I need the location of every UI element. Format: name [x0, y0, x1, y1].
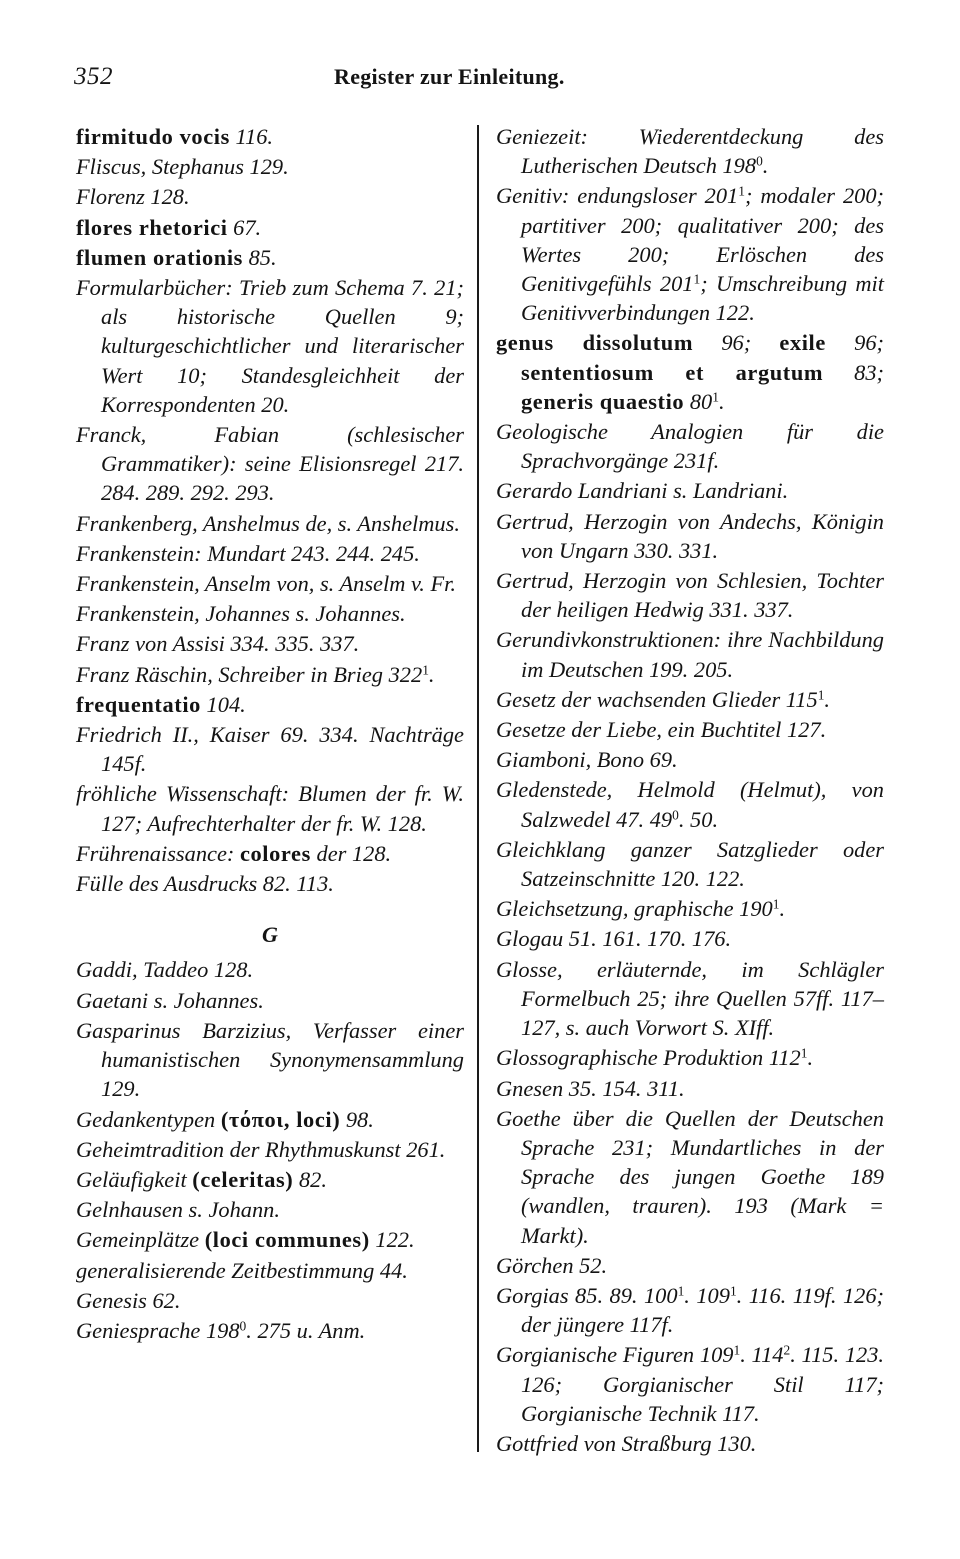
index-entry: Gasparinus Barzizius, Verfasser einer hu… — [76, 1016, 464, 1104]
entry-text: . 50. — [679, 807, 718, 832]
index-entry: Frührenaissance: colores der 128. — [76, 839, 464, 868]
entry-text: Gleichklang ganzer Satzglieder oder Satz… — [496, 837, 884, 891]
entry-text: Frührenaissance: — [76, 841, 240, 866]
entry-text: Gedankentypen — [76, 1107, 221, 1132]
entry-text: Gerundivkonstruktionen: ihre Nachbildung… — [496, 627, 884, 681]
entry-text: . 275 u. Anm. — [246, 1318, 365, 1343]
entry-text: 96; — [826, 330, 884, 355]
entry-text: Geheimtradition der Rhythmuskunst 261. — [76, 1137, 445, 1162]
entry-text: . — [807, 1045, 813, 1070]
entry-text: generis quaestio — [521, 389, 684, 414]
index-entry: Gleichklang ganzer Satzglieder oder Satz… — [496, 835, 884, 893]
entry-text: . — [779, 896, 785, 921]
index-entry: Frankenstein, Anselm von, s. Anselm v. F… — [76, 569, 464, 598]
footnote-superscript: 1 — [730, 1284, 737, 1299]
entry-text: flores rhetorici — [76, 215, 228, 240]
entry-text: exile — [779, 330, 826, 355]
entry-text: Franck, Fabian (schlesischer Grammatiker… — [76, 422, 464, 505]
entry-text: 122. — [370, 1227, 415, 1252]
entry-text: . 114 — [740, 1342, 783, 1367]
entry-text: Glosse, erläuternde, im Schlägler Formel… — [496, 957, 884, 1040]
entries-before-heading: firmitudo vocis 116.Fliscus, Stephanus 1… — [76, 122, 464, 898]
entry-text: Glossographische Produktion 112 — [496, 1045, 801, 1070]
index-entry: Gertrud, Herzogin von Andechs, Königin v… — [496, 507, 884, 565]
entry-text: Fliscus, Stephanus 129. — [76, 154, 289, 179]
entry-text: Gemeinplätze — [76, 1227, 205, 1252]
index-entry: flumen orationis 85. — [76, 243, 464, 272]
index-entry: Giamboni, Bono 69. — [496, 745, 884, 774]
entry-text: 80 — [684, 389, 712, 414]
index-entry: Glosse, erläuternde, im Schlägler Formel… — [496, 955, 884, 1043]
entry-text: Gertrud, Herzogin von Schlesien, Tochter… — [496, 568, 884, 622]
entry-text: Franz Räschin, Schreiber in Brieg 322 — [76, 662, 422, 687]
entry-text: Fülle des Ausdrucks 82. 113. — [76, 871, 334, 896]
footnote-superscript: 0 — [672, 807, 679, 822]
index-entry: Frankenstein: Mundart 243. 244. 245. — [76, 539, 464, 568]
entry-text: flumen orationis — [76, 245, 243, 270]
entry-text: 82. — [293, 1167, 327, 1192]
index-entry: Goethe über die Quellen der Deutschen Sp… — [496, 1104, 884, 1250]
entries-after-heading: Gaddi, Taddeo 128.Gaetani s. Johannes.Ga… — [76, 955, 464, 1345]
entry-text: . — [429, 662, 435, 687]
index-entry: Gledenstede, Helmold (Helmut), von Salzw… — [496, 775, 884, 833]
index-entry: Gottfried von Straßburg 130. — [496, 1429, 884, 1458]
entry-text: Genesis 62. — [76, 1288, 180, 1313]
right-entries: Geniezeit: Wiederentdeckung des Lutheris… — [496, 122, 884, 1458]
entry-text: Gerardo Landriani s. Landriani. — [496, 478, 788, 503]
entry-text: der 128. — [311, 841, 391, 866]
index-entry: Geologische Analogien für die Sprachvorg… — [496, 417, 884, 475]
column-divider — [477, 125, 479, 1452]
index-entry: Frankenberg, Anshelmus de, s. Anshelmus. — [76, 509, 464, 538]
entry-text: Gertrud, Herzogin von Andechs, Königin v… — [496, 509, 884, 563]
entry-text: (celeritas) — [192, 1167, 293, 1192]
entry-text: Gaetani s. Johannes. — [76, 988, 264, 1013]
index-entry: Glossographische Produktion 1121. — [496, 1043, 884, 1072]
entry-text: Geniesprache 198 — [76, 1318, 240, 1343]
entry-text: Goethe über die Quellen der Deutschen Sp… — [496, 1106, 884, 1248]
entry-text: Gnesen 35. 154. 311. — [496, 1076, 685, 1101]
entry-text: Frankenstein: Mundart 243. 244. 245. — [76, 541, 420, 566]
index-entry: Gesetze der Liebe, ein Buchtitel 127. — [496, 715, 884, 744]
index-entry: Gaddi, Taddeo 128. — [76, 955, 464, 984]
index-entry: flores rhetorici 67. — [76, 213, 464, 242]
entry-text: Gaddi, Taddeo 128. — [76, 957, 253, 982]
entry-text: Gelnhausen s. Johann. — [76, 1197, 280, 1222]
entry-text: 83; — [823, 360, 884, 385]
footnote-superscript: 1 — [738, 184, 745, 199]
index-entry: Görchen 52. — [496, 1251, 884, 1280]
index-entry: Franz Räschin, Schreiber in Brieg 3221. — [76, 660, 464, 689]
index-entry: Gertrud, Herzogin von Schlesien, Tochter… — [496, 566, 884, 624]
running-head: Register zur Einleitung. — [334, 64, 565, 90]
entry-text: Giamboni, Bono 69. — [496, 747, 678, 772]
entry-text: Glogau 51. 161. 170. 176. — [496, 926, 731, 951]
entry-text: 104. — [201, 692, 246, 717]
index-entry: fröhliche Wissenschaft: Blumen der fr. W… — [76, 779, 464, 837]
index-entry: Gorgias 85. 89. 1001. 1091. 116. 119f. 1… — [496, 1281, 884, 1339]
entry-text: Gorgias 85. 89. 100 — [496, 1283, 678, 1308]
entry-text: Friedrich II., Kaiser 69. 334. Nachträge… — [76, 722, 464, 776]
index-entry: Florenz 128. — [76, 182, 464, 211]
entry-text: 98. — [340, 1107, 374, 1132]
entry-text: Gesetz der wachsenden Glieder 115 — [496, 687, 818, 712]
entry-text: Franz von Assisi 334. 335. 337. — [76, 631, 359, 656]
index-entry: Frankenstein, Johannes s. Johannes. — [76, 599, 464, 628]
entry-text: (loci communes) — [205, 1227, 370, 1252]
entry-text: . 109 — [684, 1283, 730, 1308]
index-entry: Formularbücher: Trieb zum Schema 7. 21; … — [76, 273, 464, 419]
index-entry: Gleichsetzung, graphische 1901. — [496, 894, 884, 923]
page-number: 352 — [74, 63, 113, 91]
entry-text: Geniezeit: Wiederentdeckung des Lutheris… — [496, 124, 884, 178]
entry-text: Gesetze der Liebe, ein Buchtitel 127. — [496, 717, 826, 742]
entry-text: frequentatio — [76, 692, 201, 717]
entry-text: colores — [240, 841, 311, 866]
entry-text: Frankenstein, Anselm von, s. Anselm v. F… — [76, 571, 456, 596]
index-entry: genus dissolutum 96; exile 96; sententio… — [496, 328, 884, 416]
index-entry: Gerardo Landriani s. Landriani. — [496, 476, 884, 505]
footnote-superscript: 1 — [712, 389, 719, 404]
entry-text: fröhliche Wissenschaft: Blumen der fr. W… — [76, 781, 464, 835]
entry-text: sententiosum et argutum — [521, 360, 823, 385]
index-entry: Franck, Fabian (schlesischer Grammatiker… — [76, 420, 464, 508]
index-entry: Geniesprache 1980. 275 u. Anm. — [76, 1316, 464, 1345]
entry-text: Florenz 128. — [76, 184, 190, 209]
index-entry: Genesis 62. — [76, 1286, 464, 1315]
index-entry: Fülle des Ausdrucks 82. 113. — [76, 869, 464, 898]
index-entry: Gedankentypen (τόποι, loci) 98. — [76, 1105, 464, 1134]
index-entry: Gelnhausen s. Johann. — [76, 1195, 464, 1224]
letter-heading-g: G — [76, 920, 464, 949]
entry-text: generalisierende Zeitbestimmung 44. — [76, 1258, 408, 1283]
index-entry: Friedrich II., Kaiser 69. 334. Nachträge… — [76, 720, 464, 778]
index-entry: Geläufigkeit (celeritas) 82. — [76, 1165, 464, 1194]
index-entry: Gnesen 35. 154. 311. — [496, 1074, 884, 1103]
footnote-superscript: 0 — [756, 154, 763, 169]
index-entry: Gesetz der wachsenden Glieder 1151. — [496, 685, 884, 714]
index-entry: generalisierende Zeitbestimmung 44. — [76, 1256, 464, 1285]
left-column: firmitudo vocis 116.Fliscus, Stephanus 1… — [76, 122, 464, 1346]
entry-text: firmitudo vocis — [76, 124, 230, 149]
index-entry: Glogau 51. 161. 170. 176. — [496, 924, 884, 953]
entry-text: 96; — [693, 330, 779, 355]
entry-text: genus dissolutum — [496, 330, 693, 355]
index-entry: Geniezeit: Wiederentdeckung des Lutheris… — [496, 122, 884, 180]
entry-text: (τόποι, loci) — [221, 1107, 340, 1132]
entry-text: Formularbücher: Trieb zum Schema 7. 21; … — [76, 275, 464, 417]
right-column: Geniezeit: Wiederentdeckung des Lutheris… — [496, 122, 884, 1459]
entry-text: Frankenstein, Johannes s. Johannes. — [76, 601, 406, 626]
index-entry: Gerundivkonstruktionen: ihre Nachbildung… — [496, 625, 884, 683]
entry-text: 116. — [230, 124, 273, 149]
entry-text: Geologische Analogien für die Sprachvorg… — [496, 419, 884, 473]
entry-text: Gottfried von Straßburg 130. — [496, 1431, 756, 1456]
entry-text: Gasparinus Barzizius, Verfasser einer hu… — [76, 1018, 464, 1101]
index-entry: firmitudo vocis 116. — [76, 122, 464, 151]
index-entry: frequentatio 104. — [76, 690, 464, 719]
entry-text: Genitiv: endungsloser 201 — [496, 183, 738, 208]
entry-text: 67. — [228, 215, 262, 240]
entry-text: Geläufigkeit — [76, 1167, 192, 1192]
entry-text: . — [763, 153, 769, 178]
index-entry: Gorgianische Figuren 1091. 1142. 115. 12… — [496, 1340, 884, 1428]
entry-text: Görchen 52. — [496, 1253, 607, 1278]
entry-text: Gorgianische Figuren 109 — [496, 1342, 733, 1367]
index-entry: Genitiv: endungsloser 2011; modaler 200;… — [496, 181, 884, 327]
footnote-superscript: 1 — [422, 662, 429, 677]
entry-text: Frankenberg, Anshelmus de, s. Anshelmus. — [76, 511, 460, 536]
entry-text: . — [719, 389, 725, 414]
entry-text: Gleichsetzung, graphische 190 — [496, 896, 773, 921]
index-entry: Franz von Assisi 334. 335. 337. — [76, 629, 464, 658]
index-entry: Gemeinplätze (loci communes) 122. — [76, 1225, 464, 1254]
entry-text: 85. — [243, 245, 277, 270]
entry-text: . — [824, 687, 830, 712]
index-entry: Geheimtradition der Rhythmuskunst 261. — [76, 1135, 464, 1164]
index-entry: Gaetani s. Johannes. — [76, 986, 464, 1015]
index-entry: Fliscus, Stephanus 129. — [76, 152, 464, 181]
